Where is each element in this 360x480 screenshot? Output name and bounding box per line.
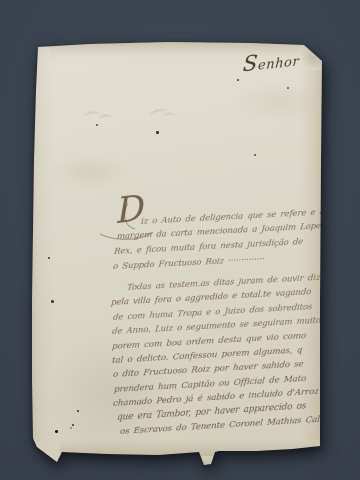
ink-speck	[254, 154, 256, 156]
ink-speck	[72, 424, 74, 426]
ink-speck	[156, 131, 159, 134]
paper-stain	[235, 82, 325, 122]
ink-bleed-mark	[100, 114, 113, 122]
ink-speck	[48, 257, 50, 259]
ink-bleed-mark	[84, 111, 101, 121]
corner-fold	[0, 0, 360, 480]
ink-speck	[287, 87, 289, 89]
ink-speck	[96, 124, 98, 126]
drop-cap-flourish	[0, 0, 360, 480]
ink-speck	[237, 79, 239, 81]
manuscript-salutation: Senhor	[242, 46, 300, 77]
paper-corner-stain	[300, 46, 326, 70]
paper-shadow: Senhor D iz o Auto de deligencia que se …	[0, 0, 360, 480]
manuscript-line: o Suppdo Fructuoso Roiz ··············	[113, 256, 265, 272]
paper-edge-stain	[60, 440, 315, 456]
photo-background: Senhor D iz o Auto de deligencia que se …	[0, 0, 360, 480]
manuscript-paper: Senhor D iz o Auto de deligencia que se …	[0, 0, 360, 480]
manuscript-line: Rex, e ficou muita fora nesta jurisdição…	[114, 238, 304, 256]
ink-speck	[77, 410, 79, 412]
ink-speck	[55, 430, 58, 433]
ink-bleed-mark	[149, 108, 166, 118]
ink-bleed-mark	[164, 113, 174, 121]
paper-edge-stain	[300, 70, 326, 440]
ink-speck	[51, 300, 54, 303]
ink-speck	[70, 427, 72, 429]
paper-stain	[50, 155, 130, 189]
